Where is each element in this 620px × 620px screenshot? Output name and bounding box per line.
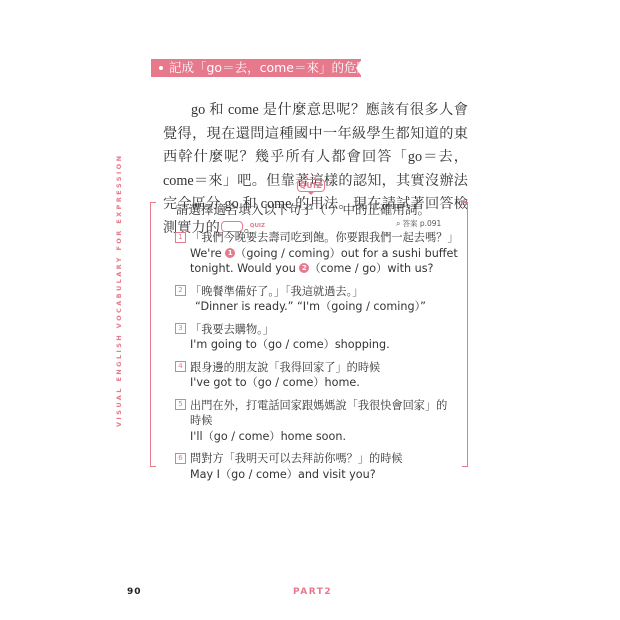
blank-marker-2: 2 bbox=[299, 263, 309, 273]
item-number: 1 bbox=[175, 232, 186, 243]
section-banner: 記成「go＝去，come＝來」的危險性 bbox=[151, 59, 361, 77]
quiz-item-5: 5出門在外，打電話回家跟媽媽說「我很快會回家」的 時候 I'll（go / co… bbox=[175, 398, 460, 445]
answer-reference: ⌕答案 p.091 bbox=[396, 218, 441, 229]
search-icon: ⌕ bbox=[396, 219, 400, 229]
blank-marker-1: 1 bbox=[225, 248, 235, 258]
quiz-bracket-left bbox=[150, 202, 156, 467]
bullet-icon bbox=[159, 66, 163, 70]
part-label: PART2 bbox=[293, 587, 332, 597]
quiz-tv-icon: QUIZ bbox=[297, 179, 325, 192]
side-running-title: VISUAL ENGLISH VOCABULARY FOR EXPRESSION bbox=[115, 182, 125, 427]
item-number: 5 bbox=[175, 399, 186, 410]
section-title: 記成「go＝去，come＝來」的危險性 bbox=[169, 60, 381, 75]
page-number: 90 bbox=[127, 587, 142, 597]
quiz-items: 1「我們今晚要去壽司吃到飽。你要跟我們一起去嗎？」 We're 1（going … bbox=[175, 230, 460, 489]
quiz-instruction: 請選擇適合填入以下句子（ ）中的正確用詞。 bbox=[176, 200, 430, 218]
quiz-item-4: 4跟身邊的朋友說「我得回家了」的時候 I've got to（go / come… bbox=[175, 360, 460, 391]
quiz-item-6: 6問對方「我明天可以去拜訪你嗎？」的時候 May I（go / come）and… bbox=[175, 451, 460, 482]
item-number: 2 bbox=[175, 285, 186, 296]
quiz-bracket-right bbox=[462, 202, 468, 467]
item-number: 6 bbox=[175, 453, 186, 464]
item-number: 4 bbox=[175, 361, 186, 372]
quiz-item-1: 1「我們今晚要去壽司吃到飽。你要跟我們一起去嗎？」 We're 1（going … bbox=[175, 230, 460, 277]
quiz-item-2: 2「晚餐準備好了。」「我這就過去。」 “Dinner is ready.” “I… bbox=[175, 284, 460, 315]
quiz-item-3: 3「我要去購物。」 I'm going to（go / come）shoppin… bbox=[175, 322, 460, 353]
item-number: 3 bbox=[175, 323, 186, 334]
